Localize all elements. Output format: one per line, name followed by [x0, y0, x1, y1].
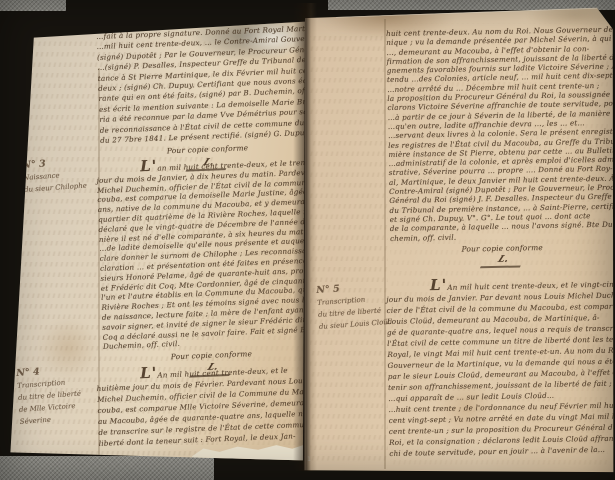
act-4-continuation-paragraph: huit cent trente-deux. Au nom du Roi. No…	[386, 25, 615, 271]
margin-note-act-4: N° 4 Transcriptiondu titre de libertéde …	[16, 364, 83, 428]
left-page: …fait à la propre signature. Donné au Fo…	[8, 18, 308, 464]
scanner-cloth-top-right	[328, 0, 615, 10]
act-4-paragraph: L'An mil huit cent trente-deux, et lehui…	[96, 362, 315, 449]
right-page: huit cent trente-deux. Au nom du Roi. No…	[302, 3, 614, 475]
act-3-paragraph: L'an mil huit cent trente-deux, et le tr…	[96, 156, 320, 381]
book-gutter-shadow	[293, 3, 317, 471]
margin-note-act-5: N° 5 Transcriptiondu titre de libertédu …	[316, 280, 393, 333]
scanner-cloth-bottom-left	[0, 456, 214, 480]
margin-rule-line	[384, 19, 386, 469]
scanner-cloth-top-left	[0, 0, 66, 11]
act-top-paragraph: …fait à la propre signature. Donné au Fo…	[96, 24, 315, 175]
scanned-register-spread: …fait à la propre signature. Donné au Fo…	[0, 0, 615, 480]
margin-note-act-3: N° 3 Naissancedu sieur Chilophe	[22, 156, 87, 196]
ink-bleed-through	[310, 33, 388, 463]
act-5-paragraph: L'An mil huit cent trente-deux, et le vi…	[386, 277, 615, 459]
